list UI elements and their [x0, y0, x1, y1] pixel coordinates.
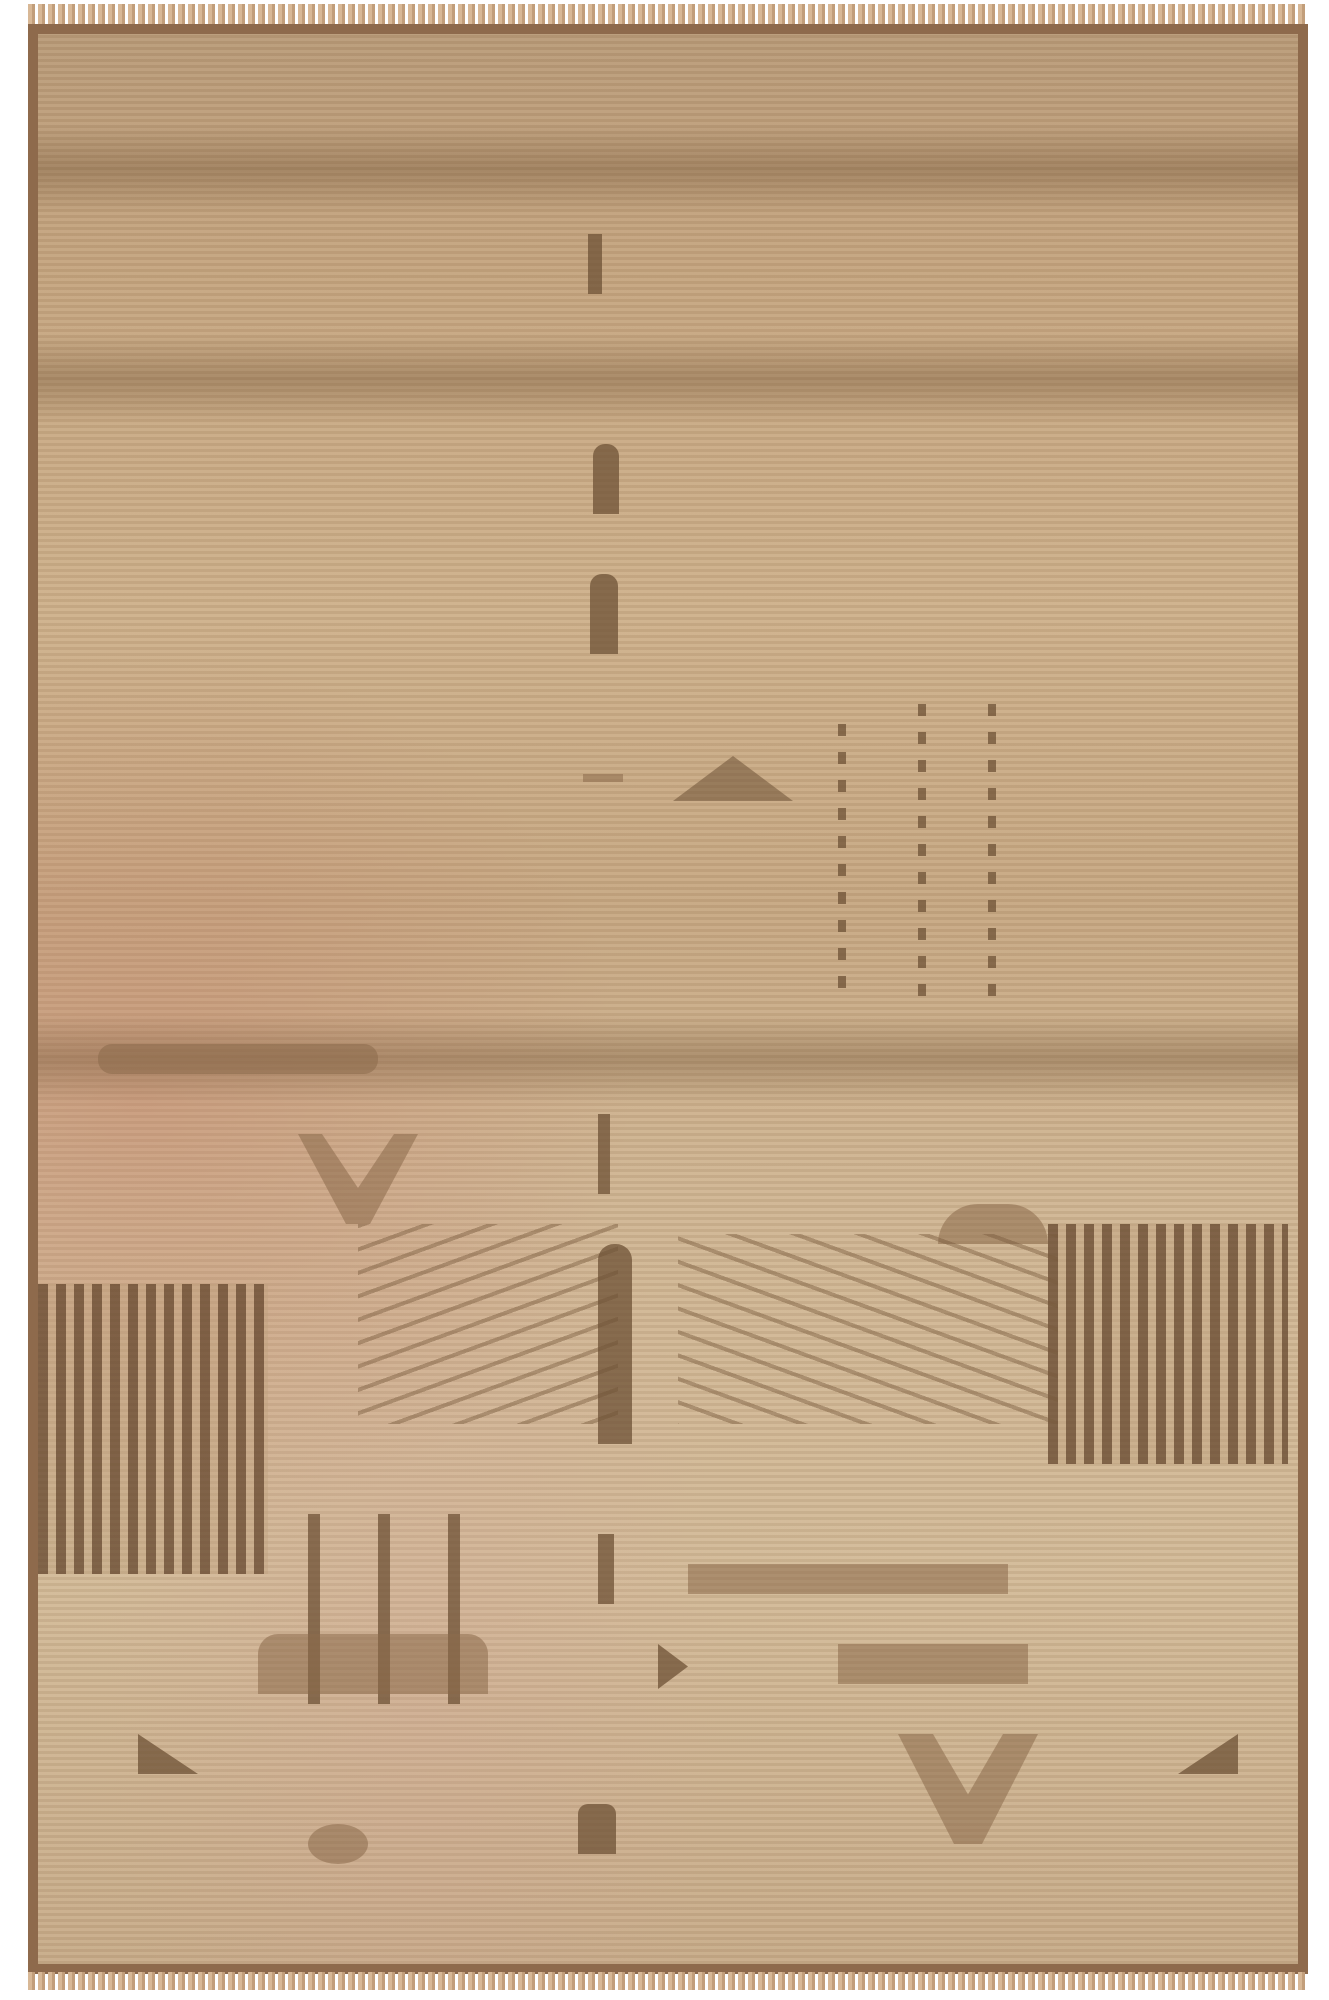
flag-motif — [658, 1644, 688, 1689]
center-tower-motif — [598, 1244, 632, 1444]
center-arch-motif-1 — [593, 444, 619, 514]
y-figure-motif-lower — [898, 1734, 1038, 1844]
left-figures-motif — [98, 1044, 378, 1074]
corner-triangle-right — [1178, 1734, 1238, 1774]
tree-foliage-motif — [258, 1634, 488, 1694]
dotted-line-motif-2 — [918, 704, 926, 1004]
y-figure-motif-upper — [298, 1134, 418, 1224]
dark-patch-motif — [838, 1644, 1028, 1684]
rays-left-motif — [358, 1224, 618, 1424]
rays-right-motif — [678, 1234, 1058, 1424]
dark-band-top — [38, 124, 1298, 214]
corner-triangle-left — [138, 1734, 198, 1774]
rug-fringe-bottom — [28, 1972, 1308, 1990]
animal-row-motif — [688, 1564, 1008, 1594]
dark-band-upper — [38, 334, 1298, 424]
rosette-motif — [308, 1824, 368, 1864]
center-arch-motif-2 — [590, 574, 618, 654]
dotted-line-motif-1 — [838, 724, 846, 1004]
right-striped-block — [1048, 1224, 1288, 1464]
triangle-motif — [673, 756, 793, 801]
center-post-motif — [588, 234, 602, 294]
rug-fringe-top — [28, 4, 1308, 26]
center-post-motif-lower — [598, 1114, 610, 1194]
dotted-line-motif-3 — [988, 704, 996, 1004]
bottom-arch-motif — [578, 1804, 616, 1854]
center-post-motif-bottom — [598, 1534, 614, 1604]
center-dash-motif — [583, 774, 623, 782]
rug — [28, 24, 1308, 1974]
left-striped-block — [38, 1284, 268, 1574]
